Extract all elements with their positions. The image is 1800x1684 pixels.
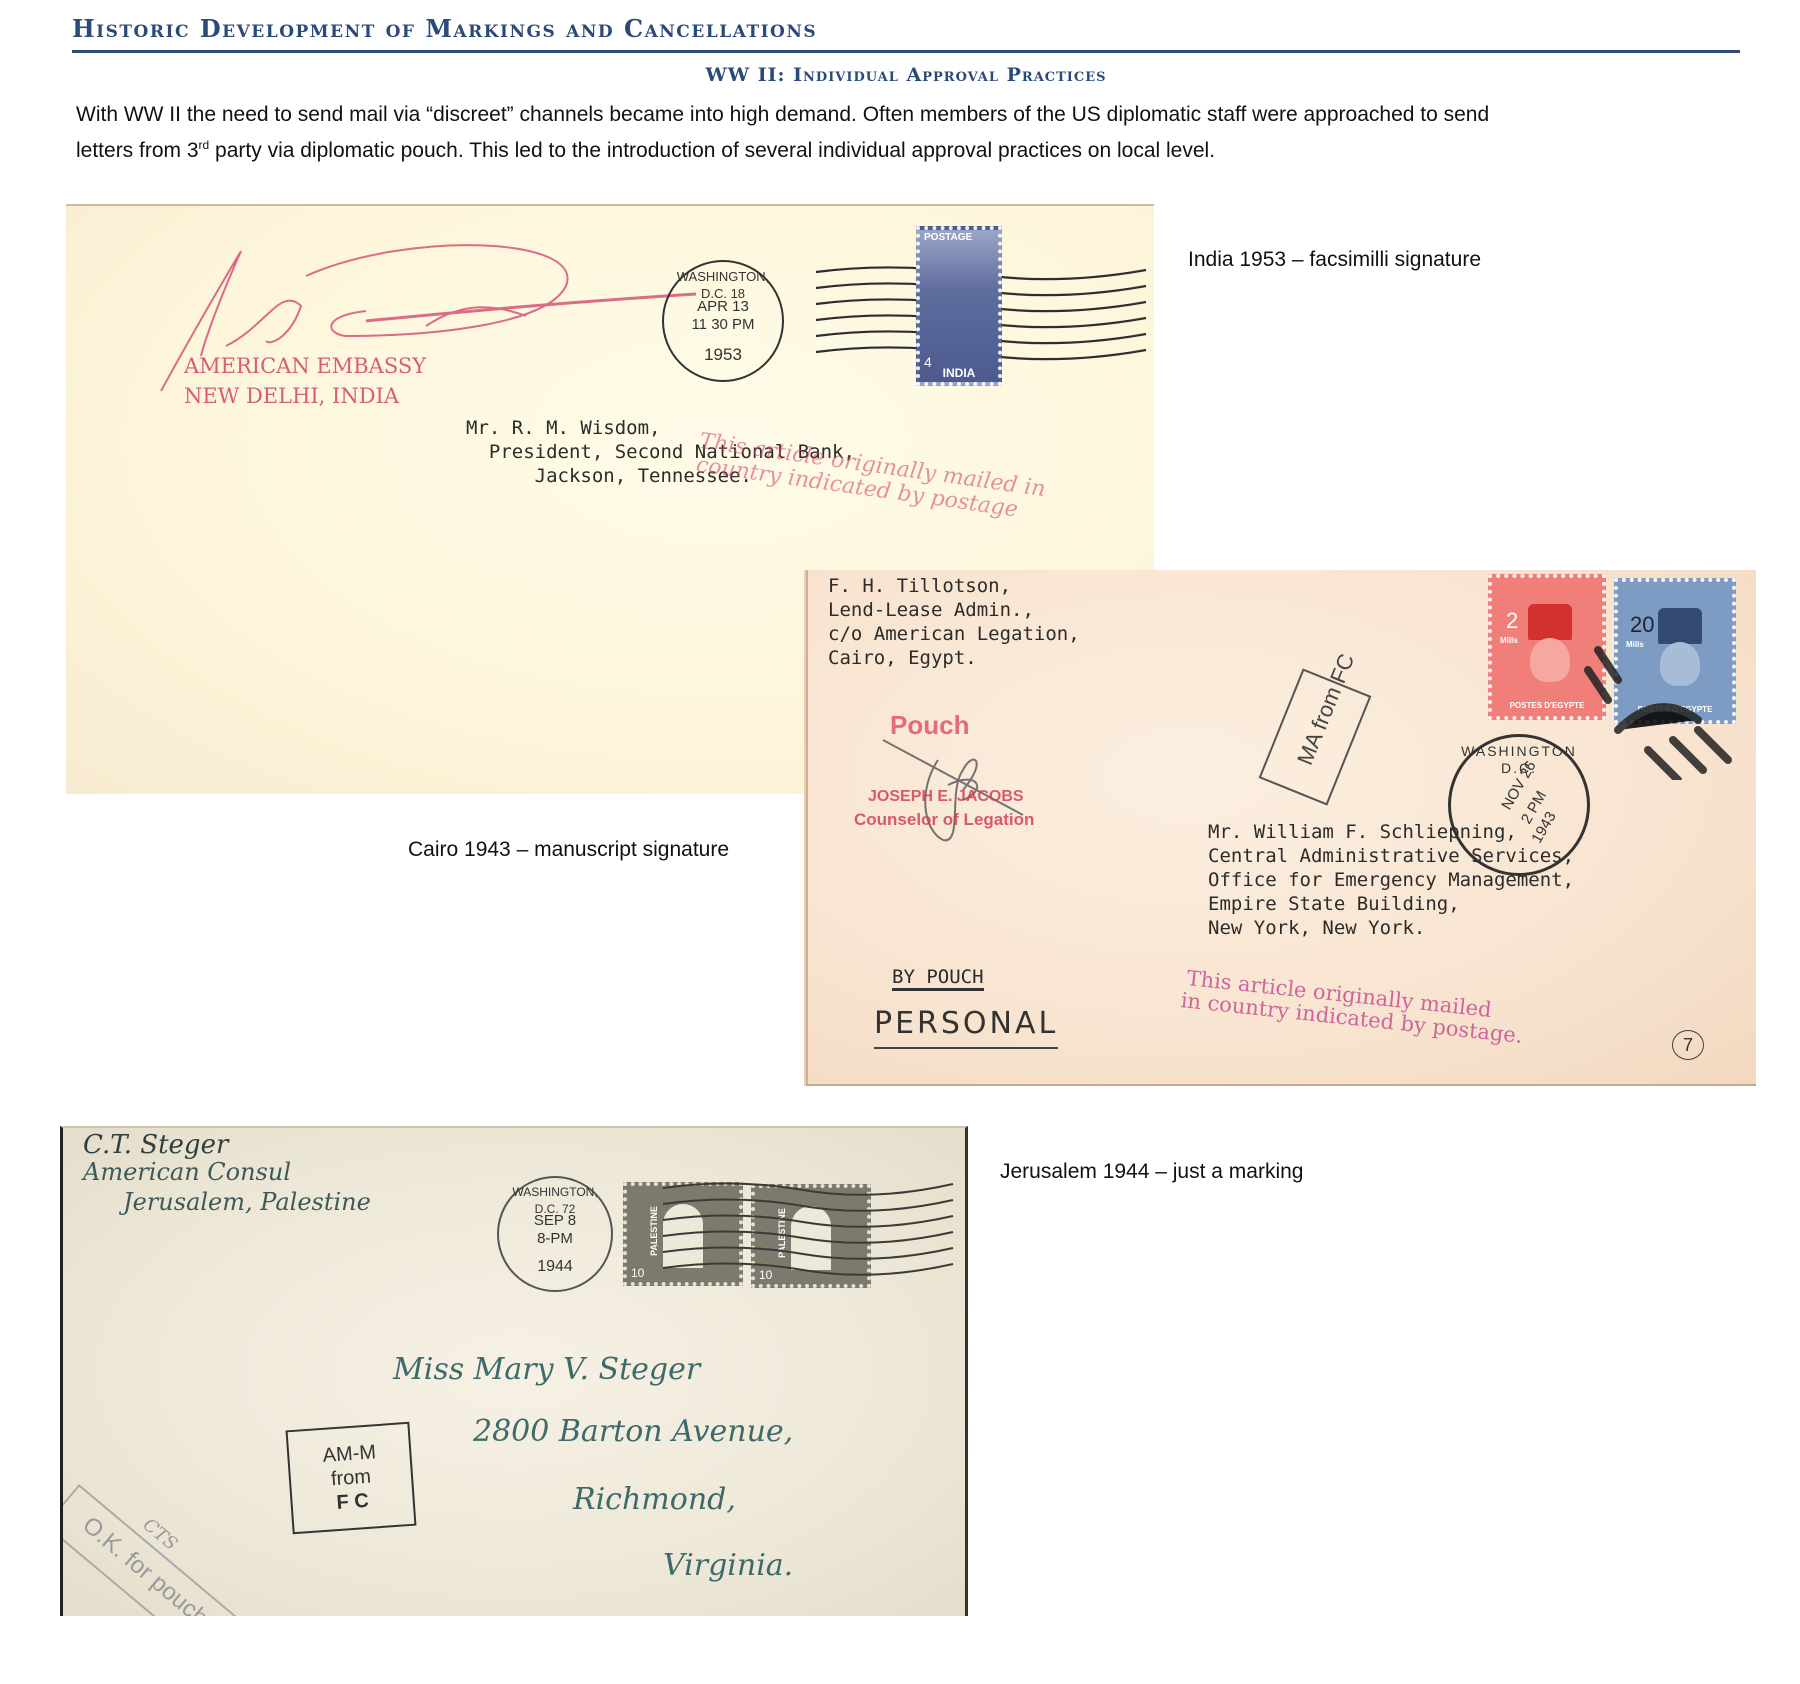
fez-portrait: [1658, 608, 1702, 644]
caption-cairo: Cairo 1943 – manuscript signature: [408, 838, 729, 862]
title-divider: [72, 50, 1740, 53]
ma-from-fc-box-stamp: MA from FC: [1259, 668, 1372, 805]
address-line: Central Administrative Services,: [1208, 844, 1574, 868]
page-header: Historic Development of Markings and Can…: [72, 12, 1740, 53]
intro-line-1: With WW II the need to send mail via “di…: [76, 100, 1716, 130]
sender-location-handwritten: Jerusalem, Palestine: [123, 1188, 371, 1216]
box-stamp-text: MA from FC: [1292, 694, 1342, 769]
by-pouch-label: BY POUCH: [892, 966, 984, 991]
box-line: MA: [1292, 730, 1327, 769]
envelope-cairo-1943: F. H. Tillotson,Lend-Lease Admin.,c/o Am…: [806, 570, 1756, 1086]
recipient-name-handwritten: Miss Mary V. Steger: [393, 1352, 700, 1387]
postmark-time: 11 30 PM: [664, 316, 782, 333]
stamp-country: INDIA: [920, 366, 998, 380]
recipient-street-handwritten: 2800 Barton Avenue,: [473, 1414, 793, 1449]
counselor-stamp-line2: Counselor of Legation: [854, 810, 1034, 830]
origin-note-stamp: This article originally mailed in countr…: [695, 430, 1078, 530]
recipient-state-handwritten: Virginia.: [663, 1548, 793, 1583]
address-line: Mr. William F. Schliepning,: [1208, 820, 1574, 844]
postmark-year: 1944: [499, 1258, 611, 1275]
recipient-city-handwritten: Richmond,: [573, 1482, 736, 1517]
stamp-value: 10: [631, 1266, 644, 1280]
box-line: from FC: [1306, 650, 1359, 733]
page-subtitle: WW II: Individual Approval Practices: [72, 64, 1740, 86]
envelope-jerusalem-1944: C.T. Steger American Consul Jerusalem, P…: [60, 1126, 968, 1616]
address-line: Empire State Building,: [1208, 892, 1574, 916]
address-line: Cairo, Egypt.: [828, 646, 1080, 670]
page-number-circle: 7: [1672, 1030, 1704, 1060]
caption-india: India 1953 – facsimilli signature: [1188, 248, 1481, 272]
ok-for-pouch-stamp: O.K. for pouch: [60, 1484, 243, 1616]
address-line: Office for Emergency Management,: [1208, 868, 1574, 892]
intro-text: party via diplomatic pouch. This led to …: [209, 139, 1215, 162]
sender-name-handwritten: C.T. Steger: [83, 1130, 228, 1160]
stamp-value: 2: [1506, 608, 1518, 634]
portrait-face: [1530, 638, 1570, 682]
postmark-ring: WASHINGTON, D.C. 18: [664, 268, 782, 302]
sender-title-handwritten: American Consul: [83, 1158, 291, 1186]
fez-portrait: [1528, 604, 1572, 640]
stamp-value: 20: [1630, 612, 1654, 638]
personal-handwritten: PERSONAL: [874, 1006, 1058, 1049]
embassy-stamp-line1: AMERICAN EMBASSY: [184, 354, 426, 378]
am-m-from-fc-box-stamp: AM-M from F C: [286, 1422, 417, 1534]
postmark-time: 8-PM: [499, 1230, 611, 1247]
address-line: F. H. Tillotson,: [828, 574, 1080, 598]
washington-postmark-1953: APR 13 11 30 PM 1953 WASHINGTON, D.C. 18: [662, 260, 784, 382]
stamp-top-label: POSTAGE: [924, 232, 998, 243]
wavy-cancel-lines: [653, 1168, 963, 1278]
intro-text: letters from 3: [76, 139, 199, 162]
india-postage-stamp: POSTAGE 4 INDIA: [916, 226, 1002, 386]
page-title: Historic Development of Markings and Can…: [72, 12, 1740, 46]
postmark-year: 1953: [664, 346, 782, 363]
embassy-stamp-line2: NEW DELHI, INDIA: [184, 384, 399, 408]
address-line: New York, New York.: [1208, 916, 1574, 940]
duplex-cancel-bars: [1578, 640, 1738, 780]
washington-postmark-1944: WASHINGTON, D.C. 72 SEP 8 8-PM 1944: [497, 1176, 613, 1292]
caption-jerusalem: Jerusalem 1944 – just a marking: [1000, 1160, 1304, 1184]
intro-superscript: rd: [199, 138, 210, 152]
address-line: c/o American Legation,: [828, 622, 1080, 646]
recipient-address: Mr. William F. Schliepning,Central Admin…: [1208, 820, 1574, 940]
address-line: Lend-Lease Admin.,: [828, 598, 1080, 622]
postmark-date: SEP 8: [499, 1212, 611, 1229]
counselor-stamp-line1: JOSEPH E. JACOBS: [868, 788, 1024, 806]
sender-address: F. H. Tillotson,Lend-Lease Admin.,c/o Am…: [828, 574, 1080, 670]
intro-paragraph: With WW II the need to send mail via “di…: [76, 100, 1716, 166]
address-line: Mr. R. M. Wisdom,: [466, 416, 855, 440]
intro-line-2: letters from 3rd party via diplomatic po…: [76, 130, 1716, 166]
